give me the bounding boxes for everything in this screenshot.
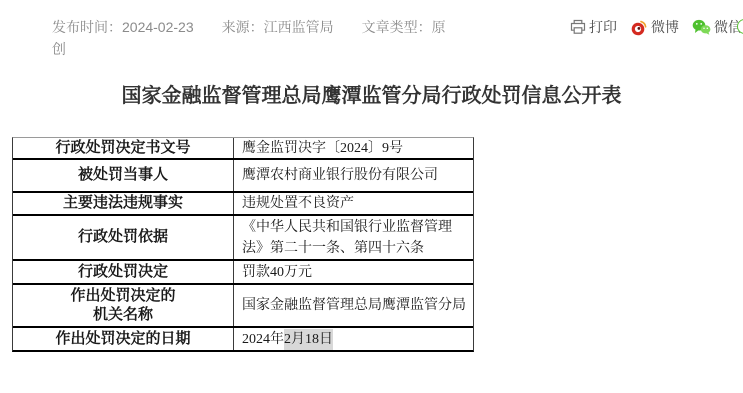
source-label: 来源： <box>222 19 264 35</box>
row-value: 违规处置不良资产 <box>234 193 473 214</box>
value-text: 鹰潭农村商业银行股份有限公司 <box>242 165 438 186</box>
row-value: 《中华人民共和国银行业监督管理 法》第二十一条、第四十六条 <box>234 216 473 259</box>
row-value: 鹰潭农村商业银行股份有限公司 <box>234 160 473 191</box>
table-row: 行政处罚决定 罚款40万元 <box>13 261 473 285</box>
value-text: 2024年 <box>242 329 284 350</box>
value-text: 《中华人民共和国银行业监督管理 法》第二十一条、第四十六条 <box>242 217 452 259</box>
value-text: 罚款40万元 <box>242 262 312 283</box>
table-row: 作出处罚决定的日期 2024年2月18日 <box>13 328 473 350</box>
row-value: 2024年2月18日 <box>234 328 473 350</box>
table-row: 被处罚当事人 鹰潭农村商业银行股份有限公司 <box>13 160 473 193</box>
article-type-label: 文章类型： <box>362 19 432 35</box>
row-label: 被处罚当事人 <box>13 160 234 191</box>
publish-time-value: 2024-02-23 <box>122 19 194 35</box>
wechat-icon <box>692 19 711 35</box>
weibo-share-button[interactable]: 微博 <box>630 17 679 37</box>
date-highlight: 2月18日 <box>284 329 333 350</box>
row-value: 罚款40万元 <box>234 261 473 283</box>
row-label: 作出处罚决定的日期 <box>13 328 234 350</box>
article-meta: 发布时间：2024-02-23来源：江西监管局文章类型：原创 <box>52 16 456 60</box>
table-row: 主要违法违规事实 违规处置不良资产 <box>13 193 473 216</box>
table-row: 行政处罚依据 《中华人民共和国银行业监督管理 法》第二十一条、第四十六条 <box>13 216 473 261</box>
page-title: 国家金融监督管理总局鹰潭监管分局行政处罚信息公开表 <box>0 84 743 108</box>
publish-time: 发布时间：2024-02-23 <box>52 19 194 35</box>
table-row: 行政处罚决定书文号 鹰金监罚决字〔2024〕9号 <box>13 138 473 160</box>
row-label: 行政处罚依据 <box>13 216 234 259</box>
source: 来源：江西监管局 <box>222 19 334 35</box>
table-row: 作出处罚决定的 机关名称 国家金融监督管理总局鹰潭监管分局 <box>13 285 473 328</box>
value-text: 国家金融监督管理总局鹰潭监管分局 <box>242 295 466 316</box>
row-label: 作出处罚决定的 机关名称 <box>13 285 234 326</box>
article-page: 发布时间：2024-02-23来源：江西监管局文章类型：原创 打印 <box>0 0 743 393</box>
source-value: 江西监管局 <box>264 19 334 35</box>
row-label: 行政处罚决定书文号 <box>13 138 234 158</box>
printer-icon <box>570 19 586 35</box>
print-label: 打印 <box>589 17 617 37</box>
value-text: 违规处置不良资产 <box>242 193 354 214</box>
share-bar: 打印 微博 <box>570 17 742 37</box>
penalty-table: 行政处罚决定书文号 鹰金监罚决字〔2024〕9号 被处罚当事人 鹰潭农村商业银行… <box>12 137 474 352</box>
value-text: 鹰金监罚决字〔2024〕9号 <box>242 138 403 159</box>
row-value: 国家金融监督管理总局鹰潭监管分局 <box>234 285 473 326</box>
print-button[interactable]: 打印 <box>570 17 617 37</box>
wechat-share-button[interactable]: 微信 <box>692 17 742 37</box>
weibo-icon <box>630 19 648 36</box>
publish-time-label: 发布时间： <box>52 19 122 35</box>
row-value: 鹰金监罚决字〔2024〕9号 <box>234 138 473 158</box>
weibo-label: 微博 <box>651 17 679 37</box>
row-label: 行政处罚决定 <box>13 261 234 283</box>
row-label: 主要违法违规事实 <box>13 193 234 214</box>
